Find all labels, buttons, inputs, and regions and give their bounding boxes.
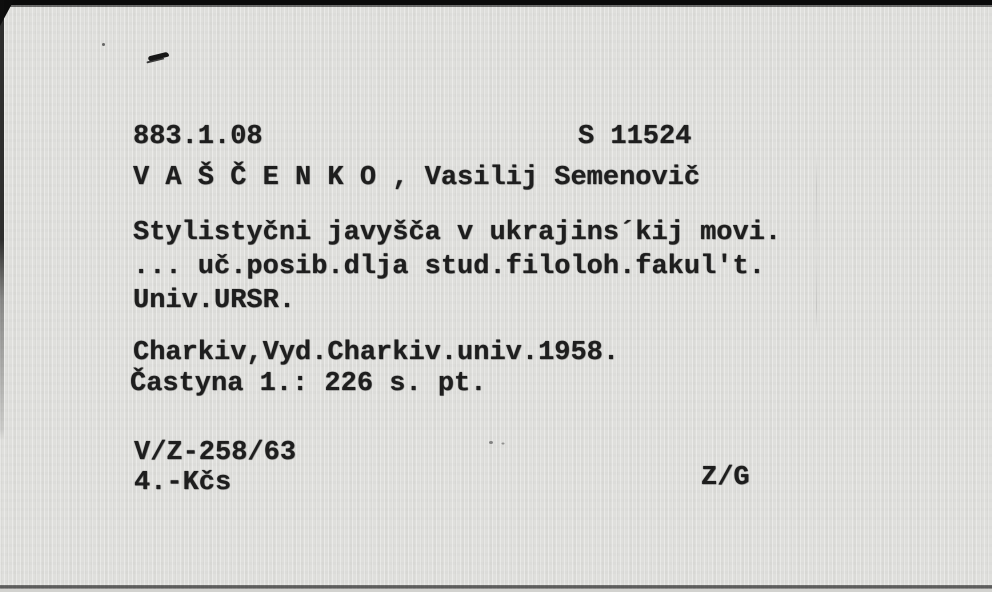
cataloguer-initials: Z/G: [701, 465, 750, 492]
shelf-signature: S 11524: [578, 124, 691, 151]
imprint-line-2: Častyna 1.: 226 s. pt.: [130, 371, 486, 398]
price: 4.-Kčs: [134, 470, 231, 497]
title-line-1: Stylistyčni javyšča v ukrajins´kij movi.: [133, 220, 781, 247]
inventory-number: V/Z-258/63: [134, 440, 296, 467]
paper-scratch: [816, 150, 817, 335]
title-line-3: Univ.URSR.: [133, 288, 295, 315]
catalog-card: 883.1.08 S 11524 V A Š Č E N K O , Vasil…: [0, 0, 992, 592]
ink-dot-mark: [102, 43, 105, 46]
ink-speck-mark: [489, 441, 493, 444]
imprint-line-1: Charkiv,Vyd.Charkiv.univ.1958.: [133, 340, 619, 367]
title-line-2: ... uč.posib.dlja stud.filoloh.fakul't.: [133, 254, 765, 281]
classification-number: 883.1.08: [133, 124, 263, 151]
scan-top-edge: [0, 0, 992, 7]
ink-squiggle-mark: [148, 52, 170, 62]
scan-left-edge: [0, 0, 4, 440]
author-heading: V A Š Č E N K O , Vasilij Semenovič: [133, 165, 700, 192]
